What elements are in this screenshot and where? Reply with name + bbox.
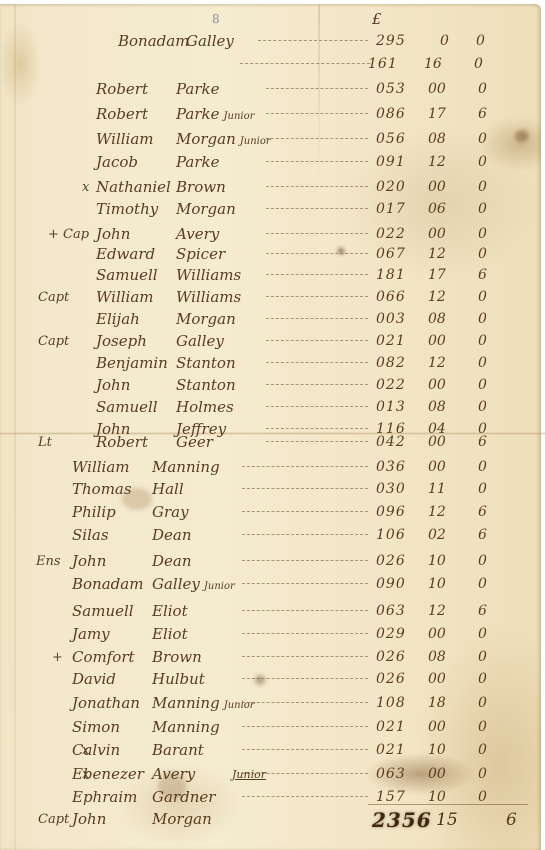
pence-value: 0 <box>478 355 492 371</box>
pounds-value: 161 <box>368 56 402 72</box>
ledger-row: BenjaminStanton082120 <box>0 354 545 376</box>
shillings-value: 00 <box>428 459 452 475</box>
pence-value: 0 <box>478 766 492 782</box>
pence-value: 0 <box>478 201 492 217</box>
first-name: Nathaniel <box>96 178 171 196</box>
first-name: Timothy <box>96 200 158 218</box>
first-name: Philip <box>72 503 116 521</box>
pence-value: 0 <box>478 626 492 642</box>
last-name-text: Parke <box>176 153 220 171</box>
pence-value: 0 <box>478 649 492 665</box>
pounds-value: 021 <box>376 742 410 758</box>
first-name: William <box>96 130 154 148</box>
ledger-row: JamyEliot029000 <box>0 625 545 647</box>
last-name-text: Dean <box>152 552 192 570</box>
leader-dashes <box>266 253 368 255</box>
ledger-row: ThomasHall030110 <box>0 480 545 502</box>
last-name: Parke <box>176 153 224 171</box>
first-name: Silas <box>72 526 109 544</box>
pounds-value: 022 <box>376 377 410 393</box>
first-name: Edward <box>96 245 155 263</box>
shillings-value: 02 <box>428 527 452 543</box>
last-name-text: Stanton <box>176 376 236 394</box>
shillings-value: 00 <box>428 766 452 782</box>
last-name-text: Hulbut <box>152 670 205 688</box>
shillings-value: 12 <box>428 603 452 619</box>
pence-value: 0 <box>478 695 492 711</box>
leader-dashes <box>242 796 368 798</box>
shillings-value: 08 <box>428 131 452 147</box>
pounds-value: 036 <box>376 459 410 475</box>
ledger-row: CaptJosephGalley021000 <box>0 332 545 354</box>
ledger-row: RobertParke053000 <box>0 80 545 102</box>
shillings-value: 10 <box>428 742 452 758</box>
shillings-value: 08 <box>428 649 452 665</box>
pence-value: 0 <box>478 671 492 687</box>
pounds-value: 091 <box>376 154 410 170</box>
total-shillings: 15 <box>436 810 458 830</box>
leader-dashes <box>242 534 368 536</box>
leader-dashes <box>266 441 368 443</box>
ledger-row: 161 16 0 <box>0 55 545 77</box>
last-name: ManningJunior <box>152 694 255 712</box>
ledger-row: BonadamGalleyJunior090100 <box>0 575 545 597</box>
shillings-value: 00 <box>428 81 452 97</box>
leader-dashes <box>266 138 368 140</box>
pence-value: 6 <box>478 603 492 619</box>
first-name: Samuell <box>96 266 158 284</box>
leader-dashes <box>266 318 368 320</box>
pounds-value: 020 <box>376 179 410 195</box>
last-name-text: Galley <box>152 575 200 593</box>
first-name: Thomas <box>72 480 132 498</box>
last-name: Manning <box>152 458 224 476</box>
ledger-row: SilasDean106026 <box>0 526 545 548</box>
pence-value: 6 <box>478 434 492 450</box>
ledger-row: SamuellWilliams181176 <box>0 266 545 288</box>
last-name: Brown <box>152 648 206 666</box>
last-name: Dean <box>152 552 196 570</box>
first-name: Ebenezer <box>72 765 144 783</box>
leader-dashes <box>242 702 368 704</box>
pounds-value: 086 <box>376 106 410 122</box>
shillings-value: 0 <box>440 33 464 49</box>
ledger-row: LtRobertGeer042006 <box>0 433 545 455</box>
name-suffix: Junior <box>224 111 255 122</box>
ledger-row: JonathanManningJunior108180 <box>0 694 545 716</box>
shillings-value: 00 <box>428 434 452 450</box>
name-suffix: Junior <box>204 581 235 592</box>
last-name-text: Gray <box>152 503 189 521</box>
pence-value: 0 <box>478 333 492 349</box>
first-name: Samuell <box>96 398 158 416</box>
last-name: Hall <box>152 480 188 498</box>
last-name: Morgan <box>176 200 240 218</box>
pence-value: 0 <box>478 226 492 242</box>
last-name-text: Manning <box>152 458 220 476</box>
row-prefix: Lt <box>38 435 52 450</box>
pence-value: 0 <box>478 246 492 262</box>
row-prefix: Capt <box>38 290 69 305</box>
leader-dashes <box>242 656 368 658</box>
ledger-row: WilliamMorganJunior056080 <box>0 130 545 152</box>
leader-dashes <box>266 113 368 115</box>
leader-dashes <box>242 633 368 635</box>
shillings-value: 08 <box>428 311 452 327</box>
leader-dashes <box>240 63 370 65</box>
shillings-value: 00 <box>428 719 452 735</box>
first-name: Comfort <box>72 648 135 666</box>
leader-dashes <box>266 161 368 163</box>
shillings-value: 00 <box>428 333 452 349</box>
pounds-value: 056 <box>376 131 410 147</box>
last-name-text: Geer <box>176 433 213 451</box>
pounds-value: 295 <box>376 33 410 49</box>
last-name: Gardner <box>152 788 219 806</box>
pounds-value: 181 <box>376 267 410 283</box>
pounds-value: 053 <box>376 81 410 97</box>
ledger-row: RobertParkeJunior086176 <box>0 105 545 127</box>
last-name-text: Eliot <box>152 625 188 643</box>
leader-dashes <box>242 726 368 728</box>
row-prefix: Capt <box>38 334 69 349</box>
pounds-value: 106 <box>376 527 410 543</box>
ledger-row: PhilipGray096126 <box>0 503 545 525</box>
first-name: John <box>96 225 130 243</box>
shillings-value: 18 <box>428 695 452 711</box>
last-name-text: Manning <box>152 694 220 712</box>
leader-dashes <box>266 208 368 210</box>
total-pence: 6 <box>506 810 517 830</box>
shillings-value: 00 <box>428 377 452 393</box>
pence-value: 0 <box>478 789 492 805</box>
first-name: Calvin <box>72 741 120 759</box>
shillings-value: 16 <box>424 56 448 72</box>
shillings-value: 06 <box>428 201 452 217</box>
shillings-value: 00 <box>428 226 452 242</box>
pounds-value: 042 <box>376 434 410 450</box>
leader-dashes <box>258 40 368 42</box>
last-name: MorganJunior <box>176 130 271 148</box>
last-name-text: Barant <box>152 741 204 759</box>
ledger-row: SimonManning021000 <box>0 718 545 740</box>
leader-dashes <box>242 511 368 513</box>
last-name: Galley <box>186 32 238 50</box>
pounds-value: 030 <box>376 481 410 497</box>
leader-dashes <box>242 583 368 585</box>
first-name: William <box>96 288 154 306</box>
pounds-value: 096 <box>376 504 410 520</box>
first-name: Jonathan <box>72 694 140 712</box>
pence-value: 0 <box>478 81 492 97</box>
last-name: Holmes <box>176 398 238 416</box>
leader-dashes <box>266 274 368 276</box>
pounds-value: 066 <box>376 289 410 305</box>
pence-value: 0 <box>478 131 492 147</box>
last-name-text: Dean <box>152 526 192 544</box>
last-name-text: Eliot <box>152 602 188 620</box>
first-name: John <box>96 376 130 394</box>
ledger-row: EdwardSpicer067120 <box>0 245 545 267</box>
pence-value: 0 <box>478 742 492 758</box>
last-name-text: Spicer <box>176 245 225 263</box>
leader-dashes <box>242 466 368 468</box>
first-name: Robert <box>96 80 148 98</box>
pence-value: 0 <box>478 154 492 170</box>
last-name-text: Williams <box>176 288 241 306</box>
pound-column-header: £ <box>372 10 382 28</box>
last-name-text: Williams <box>176 266 241 284</box>
ledger-row: JacobParke091120 <box>0 153 545 175</box>
last-name: Parke <box>176 80 224 98</box>
pence-value: 0 <box>478 576 492 592</box>
leader-dashes <box>242 773 368 775</box>
leader-dashes <box>266 384 368 386</box>
shillings-value: 11 <box>428 481 452 497</box>
first-name: William <box>72 458 130 476</box>
shillings-value: 00 <box>428 671 452 687</box>
last-name: Barant <box>152 741 208 759</box>
total-rule <box>368 804 528 805</box>
pence-value: 0 <box>478 311 492 327</box>
shillings-value: 12 <box>428 355 452 371</box>
last-name: Williams <box>176 288 245 306</box>
total-pounds: 2356 <box>372 808 432 832</box>
ledger-row: WilliamManning036000 <box>0 458 545 480</box>
last-name-text: Morgan <box>176 310 236 328</box>
pence-value: 0 <box>478 289 492 305</box>
pounds-value: 082 <box>376 355 410 371</box>
shillings-value: 17 <box>428 267 452 283</box>
last-name-text: Morgan <box>176 130 236 148</box>
last-name: Eliot <box>152 602 192 620</box>
pence-value: 0 <box>478 399 492 415</box>
last-name: Avery <box>152 765 199 783</box>
pence-value: 0 <box>478 459 492 475</box>
last-name: Eliot <box>152 625 192 643</box>
shillings-value: 12 <box>428 154 452 170</box>
total-row: 2356156 <box>0 808 545 838</box>
leader-dashes <box>266 340 368 342</box>
last-name: Stanton <box>176 376 240 394</box>
last-name: Morgan <box>176 310 240 328</box>
first-name: Elijah <box>96 310 140 328</box>
ledger-row: xNathanielBrown020000 <box>0 178 545 200</box>
last-name: Manning <box>152 718 224 736</box>
pounds-value: 029 <box>376 626 410 642</box>
pounds-value: 067 <box>376 246 410 262</box>
pounds-value: 013 <box>376 399 410 415</box>
ledger-row: ElijahMorgan003080 <box>0 310 545 332</box>
ledger-row: +ComfortBrown026080 <box>0 648 545 670</box>
pounds-value: 021 <box>376 719 410 735</box>
first-name: Ephraim <box>72 788 137 806</box>
pence-value: 6 <box>478 106 492 122</box>
last-name-text: Avery <box>152 765 195 783</box>
last-name-text: Brown <box>176 178 226 196</box>
shillings-value: 08 <box>428 399 452 415</box>
pence-value: 0 <box>474 56 488 72</box>
shillings-value: 00 <box>428 179 452 195</box>
leader-dashes <box>242 610 368 612</box>
ledger-row: Bonadam Galley 295 0 0 <box>0 32 545 54</box>
last-name-text: Avery <box>176 225 219 243</box>
last-name-text: Gardner <box>152 788 215 806</box>
shillings-value: 12 <box>428 504 452 520</box>
pence-value: 6 <box>478 527 492 543</box>
pence-value: 0 <box>478 377 492 393</box>
row-prefix: + <box>52 650 63 665</box>
pounds-value: 026 <box>376 671 410 687</box>
leader-dashes <box>266 406 368 408</box>
last-name-text: Parke <box>176 80 220 98</box>
leader-dashes <box>242 488 368 490</box>
pounds-value: 021 <box>376 333 410 349</box>
pence-value: 0 <box>478 481 492 497</box>
ledger-row: SamuellEliot063126 <box>0 602 545 624</box>
first-name: Joseph <box>96 332 147 350</box>
shillings-value: 10 <box>428 553 452 569</box>
last-name: Spicer <box>176 245 229 263</box>
pounds-value: 003 <box>376 311 410 327</box>
first-name: John <box>72 552 106 570</box>
pounds-value: 157 <box>376 789 410 805</box>
last-name-text: Galley <box>176 332 224 350</box>
ledger-row: + CapJohnAvery022000 <box>0 225 545 247</box>
last-name-text: Brown <box>152 648 202 666</box>
leader-dashes <box>266 186 368 188</box>
shillings-value: 17 <box>428 106 452 122</box>
shillings-value: 12 <box>428 246 452 262</box>
ledger-row: SamuellHolmes013080 <box>0 398 545 420</box>
shillings-value: 10 <box>428 576 452 592</box>
pence-value: 0 <box>478 719 492 735</box>
pounds-value: 017 <box>376 201 410 217</box>
last-name-text: Hall <box>152 480 184 498</box>
leader-dashes <box>266 428 368 430</box>
shillings-value: 10 <box>428 789 452 805</box>
ledger-row: EphraimGardner157100 <box>0 788 545 810</box>
first-name: Robert <box>96 105 148 123</box>
first-name: Jacob <box>96 153 138 171</box>
last-name-text: Galley <box>186 32 234 50</box>
last-name-text: Parke <box>176 105 220 123</box>
row-prefix: x <box>82 180 89 195</box>
first-name: David <box>72 670 116 688</box>
last-name: ParkeJunior <box>176 105 254 123</box>
leader-dashes <box>266 233 368 235</box>
shillings-value: 12 <box>428 289 452 305</box>
last-name: Stanton <box>176 354 240 372</box>
last-name-text: Manning <box>152 718 220 736</box>
leader-dashes <box>242 749 368 751</box>
pounds-value: 108 <box>376 695 410 711</box>
ledger-row: xCalvinBarant021100 <box>0 741 545 763</box>
ledger-row: TimothyMorgan017060 <box>0 200 545 222</box>
shillings-value: 00 <box>428 626 452 642</box>
pounds-value: 026 <box>376 553 410 569</box>
leader-dashes <box>242 560 368 562</box>
row-prefix: Ens <box>36 554 61 569</box>
pounds-value: 090 <box>376 576 410 592</box>
last-name: Gray <box>152 503 193 521</box>
ledger-row: JohnStanton022000 <box>0 376 545 398</box>
first-name: Jamy <box>72 625 110 643</box>
ledger-row: DavidHulbut026000 <box>0 670 545 692</box>
pence-value: 0 <box>478 553 492 569</box>
first-name: Benjamin <box>96 354 168 372</box>
last-name: GalleyJunior <box>152 575 235 593</box>
first-name: Samuell <box>72 602 134 620</box>
last-name-text: Holmes <box>176 398 234 416</box>
ledger-row: CaptWilliamWilliams066120 <box>0 288 545 310</box>
first-name: Bonadam <box>72 575 143 593</box>
pounds-value: 026 <box>376 649 410 665</box>
pence-value: 6 <box>478 267 492 283</box>
leader-dashes <box>266 362 368 364</box>
pence-value: 0 <box>478 179 492 195</box>
pence-value: 6 <box>478 504 492 520</box>
row-prefix: + Cap <box>48 227 89 242</box>
ledger-row: xEbenezerAveryJunior063000 <box>0 765 545 787</box>
pence-value: 0 <box>476 33 490 49</box>
last-name: Avery <box>176 225 223 243</box>
last-name-text: Stanton <box>176 354 236 372</box>
last-name-text: Morgan <box>176 200 236 218</box>
last-name: Hulbut <box>152 670 209 688</box>
leader-dashes <box>242 678 368 680</box>
first-name: Bonadam <box>118 32 189 50</box>
leader-dashes <box>266 296 368 298</box>
page-number: 8 <box>212 12 220 26</box>
ledger-row: EnsJohnDean026100 <box>0 552 545 574</box>
last-name: Williams <box>176 266 245 284</box>
leader-dashes <box>266 88 368 90</box>
pounds-value: 022 <box>376 226 410 242</box>
pounds-value: 063 <box>376 766 410 782</box>
first-name: Robert <box>96 433 148 451</box>
last-name: Brown <box>176 178 230 196</box>
pounds-value: 063 <box>376 603 410 619</box>
last-name: Geer <box>176 433 217 451</box>
last-name: Dean <box>152 526 196 544</box>
last-name: Galley <box>176 332 228 350</box>
first-name: Simon <box>72 718 120 736</box>
